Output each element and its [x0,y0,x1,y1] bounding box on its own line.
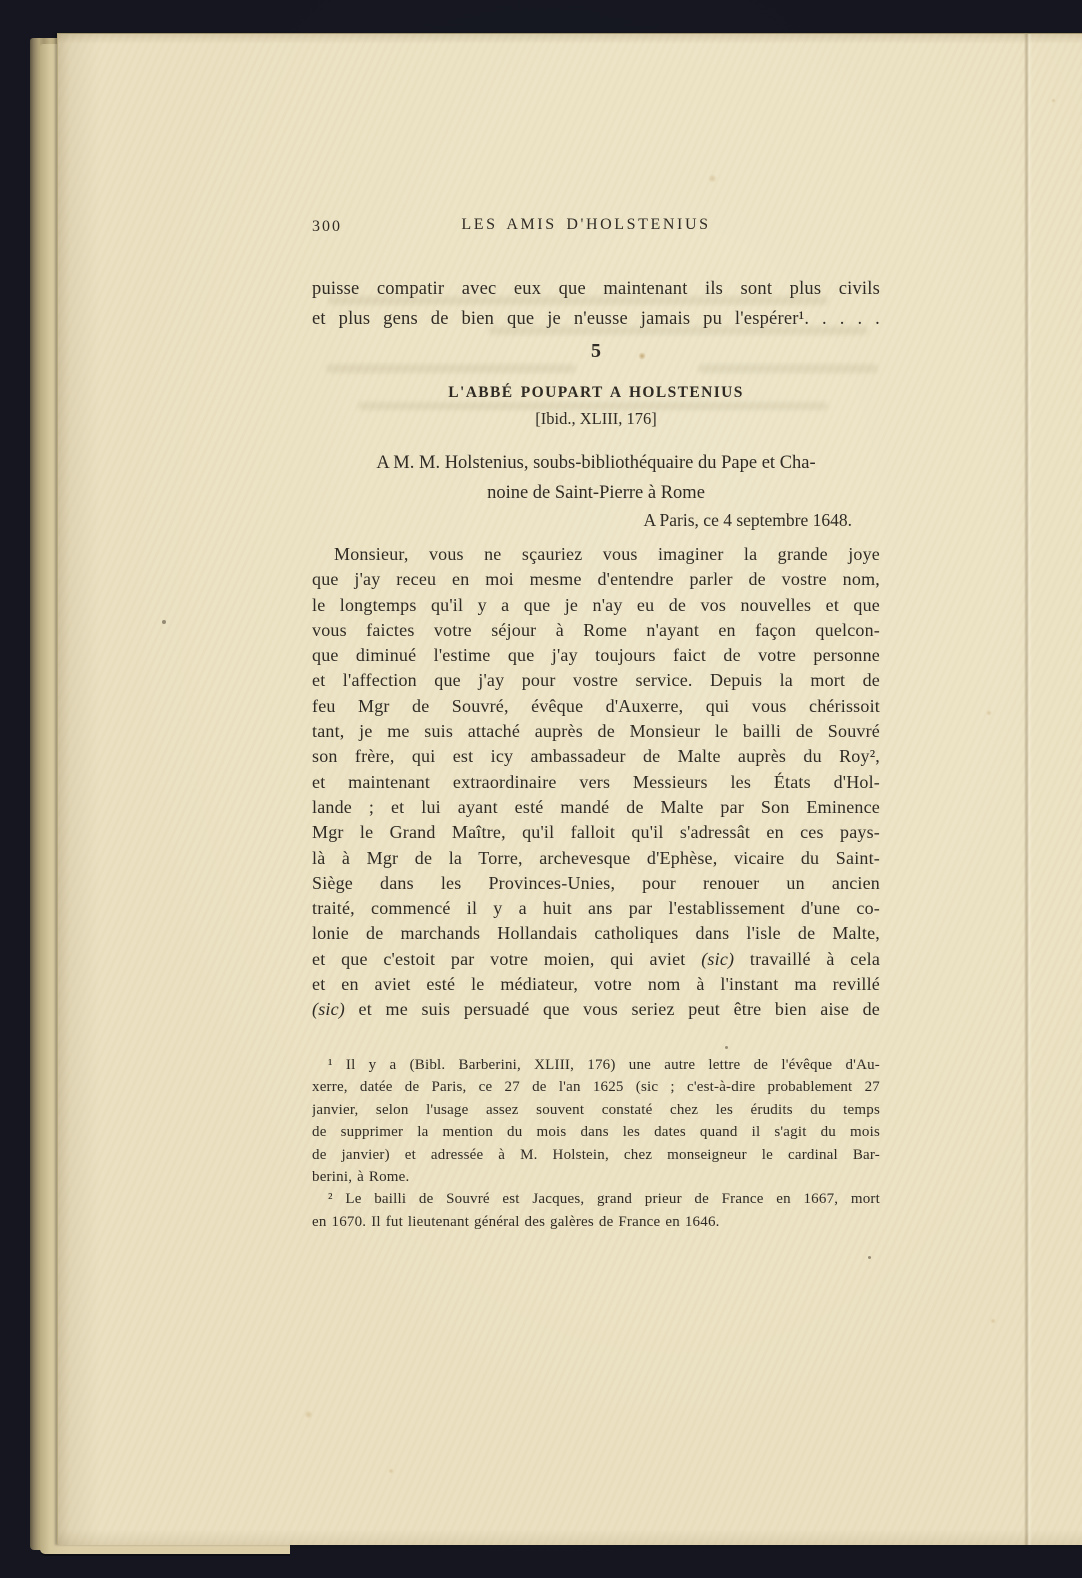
letter-body-line: que j'ay receu en moi mesme d'entendre p… [312,567,880,592]
letter-body-line: et que c'estoit par votre moien, qui avi… [312,947,880,972]
letter-salutation: A M. M. Holstenius, soubs-bibliothéquair… [312,448,880,508]
letter-body-line: Monsieur, vous ne sçauriez vous imaginer… [312,542,880,567]
show-through-text [326,364,576,373]
footnote-line: ² Le bailli de Souvré est Jacques, grand… [312,1188,880,1210]
page-header: 300 LES AMIS D'HOLSTENIUS [312,216,880,242]
letter-body: Monsieur, vous ne sçauriez vous imaginer… [312,542,880,1023]
letter-body-line: et l'affection que j'ay pour vostre serv… [312,668,880,693]
foxing-spot [986,710,992,716]
letter-body-line: le longtemps qu'il y a que je n'ay eu de… [312,593,880,618]
footnote-line: en 1670. Il fut lieutenant général des g… [312,1211,880,1233]
ink-speck [162,620,166,624]
page-crease [1024,34,1032,1545]
letter-body-line: (sic) et me suis persuadé que vous serie… [312,997,880,1022]
running-title: LES AMIS D'HOLSTENIUS [302,216,870,234]
letter-body-line: Mgr le Grand Maître, qu'il falloit qu'il… [312,820,880,845]
ink-speck [868,1256,871,1259]
footnote-line: de janvier) et adressée à M. Holstein, c… [312,1144,880,1166]
foxing-spot [1051,98,1056,103]
foxing-spot [708,174,717,183]
letter-body-line: feu Mgr de Souvré, évêque d'Auxerre, qui… [312,694,880,719]
footnote-1: ¹ Il y a (Bibl. Barberini, XLIII, 176) u… [312,1054,880,1188]
footnote-2: ² Le bailli de Souvré est Jacques, grand… [312,1188,880,1233]
salutation-line: noine de Saint-Pierre à Rome [312,478,880,508]
previous-letter-ending: puisse compatir avec eux que maintenant … [312,274,880,334]
letter-body-line: et en aviet esté le médiateur, votre nom… [312,972,880,997]
show-through-text [698,364,878,373]
letter-body-line: lande ; et lui ayant esté mandé de Malte… [312,795,880,820]
book-page: 300 LES AMIS D'HOLSTENIUS puisse compati… [57,33,1082,1545]
letter-body-line: que diminué l'estime que j'ay toujours f… [312,643,880,668]
letter-body-line: lonie de marchands Hollandais catholique… [312,921,880,946]
section-reference: [Ibid., XLIII, 176] [312,409,880,429]
letter-body-line: son frère, qui est icy ambassadeur de Ma… [312,744,880,769]
section-title: L'ABBÉ POUPART A HOLSTENIUS [312,384,880,402]
letter-body-line: là à Mgr de la Torre, archevesque d'Ephè… [312,846,880,871]
ink-speck [725,1046,728,1049]
foxing-spot [990,1318,996,1324]
footnote-line: janvier, selon l'usage assez souvent con… [312,1099,880,1121]
letter-dateline: A Paris, ce 4 septembre 1648. [312,510,880,531]
letter-body-line: et maintenant extraordinaire vers Messie… [312,770,880,795]
letter-body-line: tant, je me suis attaché auprès de Monsi… [312,719,880,744]
footnote-line: de supprimer la mention du mois dans les… [312,1121,880,1143]
footnote-line: ¹ Il y a (Bibl. Barberini, XLIII, 176) u… [312,1054,880,1076]
salutation-line: A M. M. Holstenius, soubs-bibliothéquair… [312,448,880,478]
text-line: puisse compatir avec eux que maintenant … [312,274,880,304]
footnotes: ¹ Il y a (Bibl. Barberini, XLIII, 176) u… [312,1054,880,1233]
section-number: 5 [312,340,880,363]
letter-body-line: Siège dans les Provinces-Unies, pour ren… [312,871,880,896]
footnote-line: berini, à Rome. [312,1166,880,1188]
letter-body-line: traité, commencé il y a huit ans par l'e… [312,896,880,921]
footnote-line: xerre, datée de Paris, ce 27 de l'an 162… [312,1076,880,1098]
foxing-spot [388,1468,394,1474]
scanned-book-photo: 300 LES AMIS D'HOLSTENIUS puisse compati… [0,0,1082,1578]
letter-body-line: vous faictes votre séjour à Rome n'ayant… [312,618,880,643]
foxing-spot [304,1410,313,1419]
text-line: et plus gens de bien que je n'eusse jama… [312,304,880,334]
